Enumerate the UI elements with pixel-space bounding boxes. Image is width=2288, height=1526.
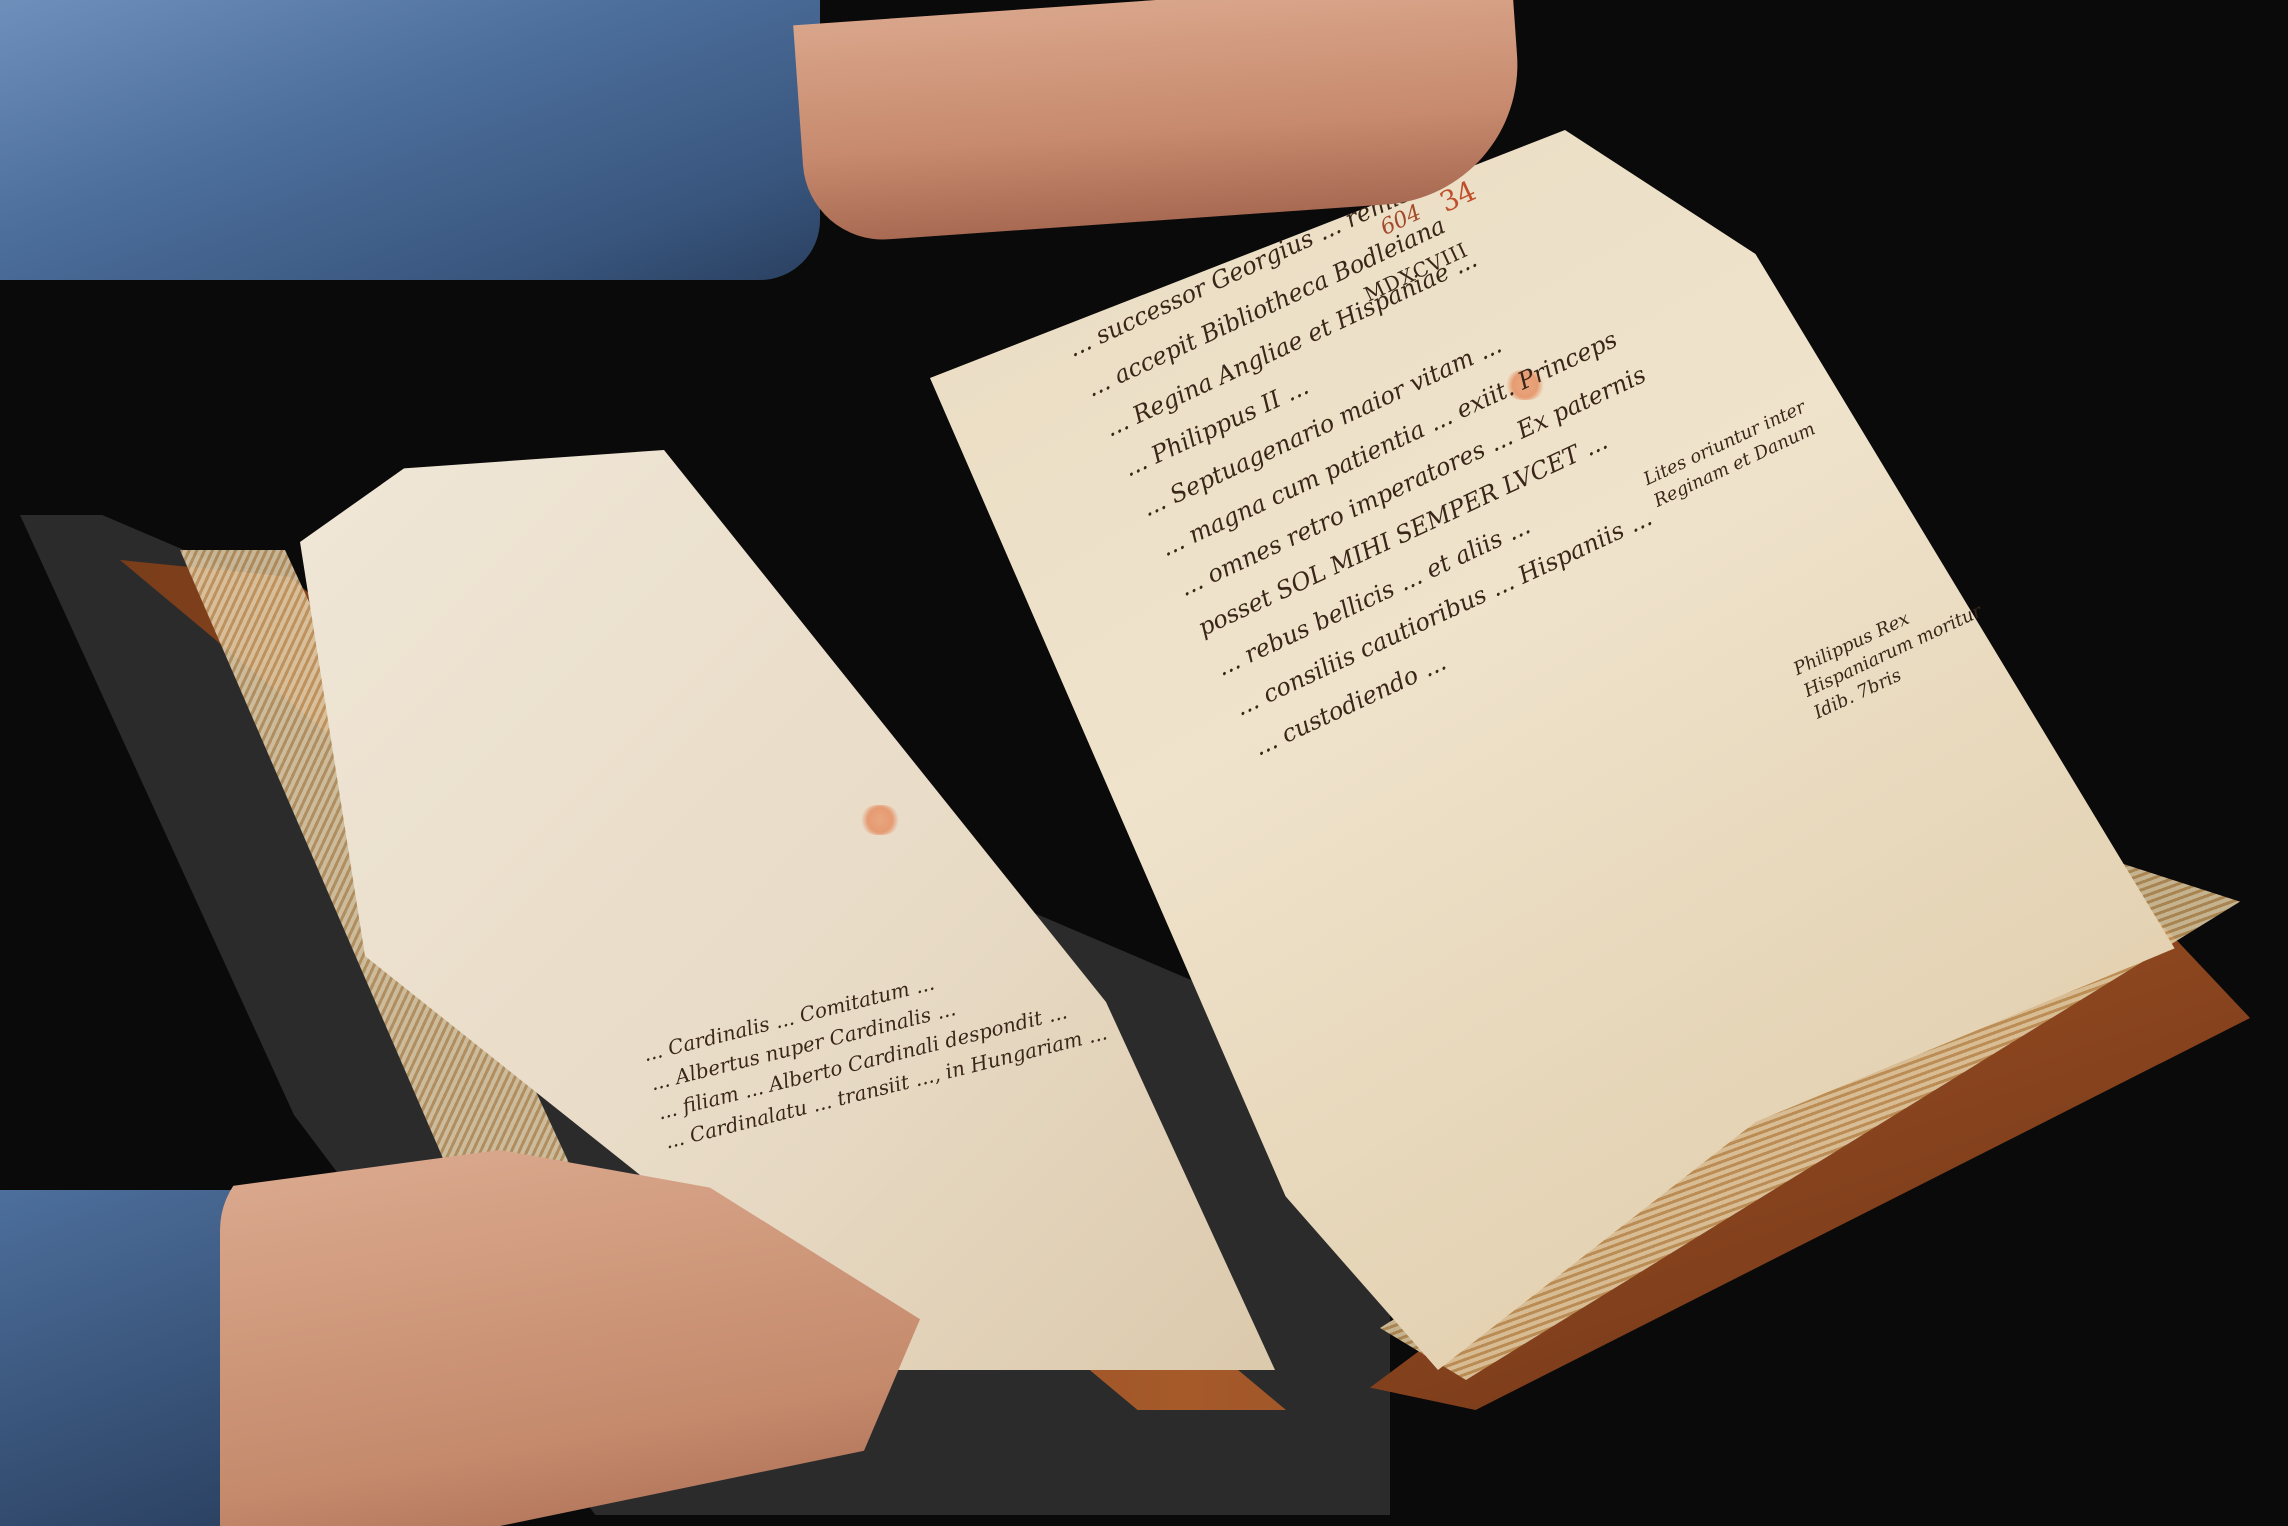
- photo-scene: 604 34 MDXCVIII ... successor Georgius .…: [0, 0, 2288, 1526]
- library-stamp-left: [860, 805, 900, 835]
- denim-sleeve-top: [0, 0, 820, 280]
